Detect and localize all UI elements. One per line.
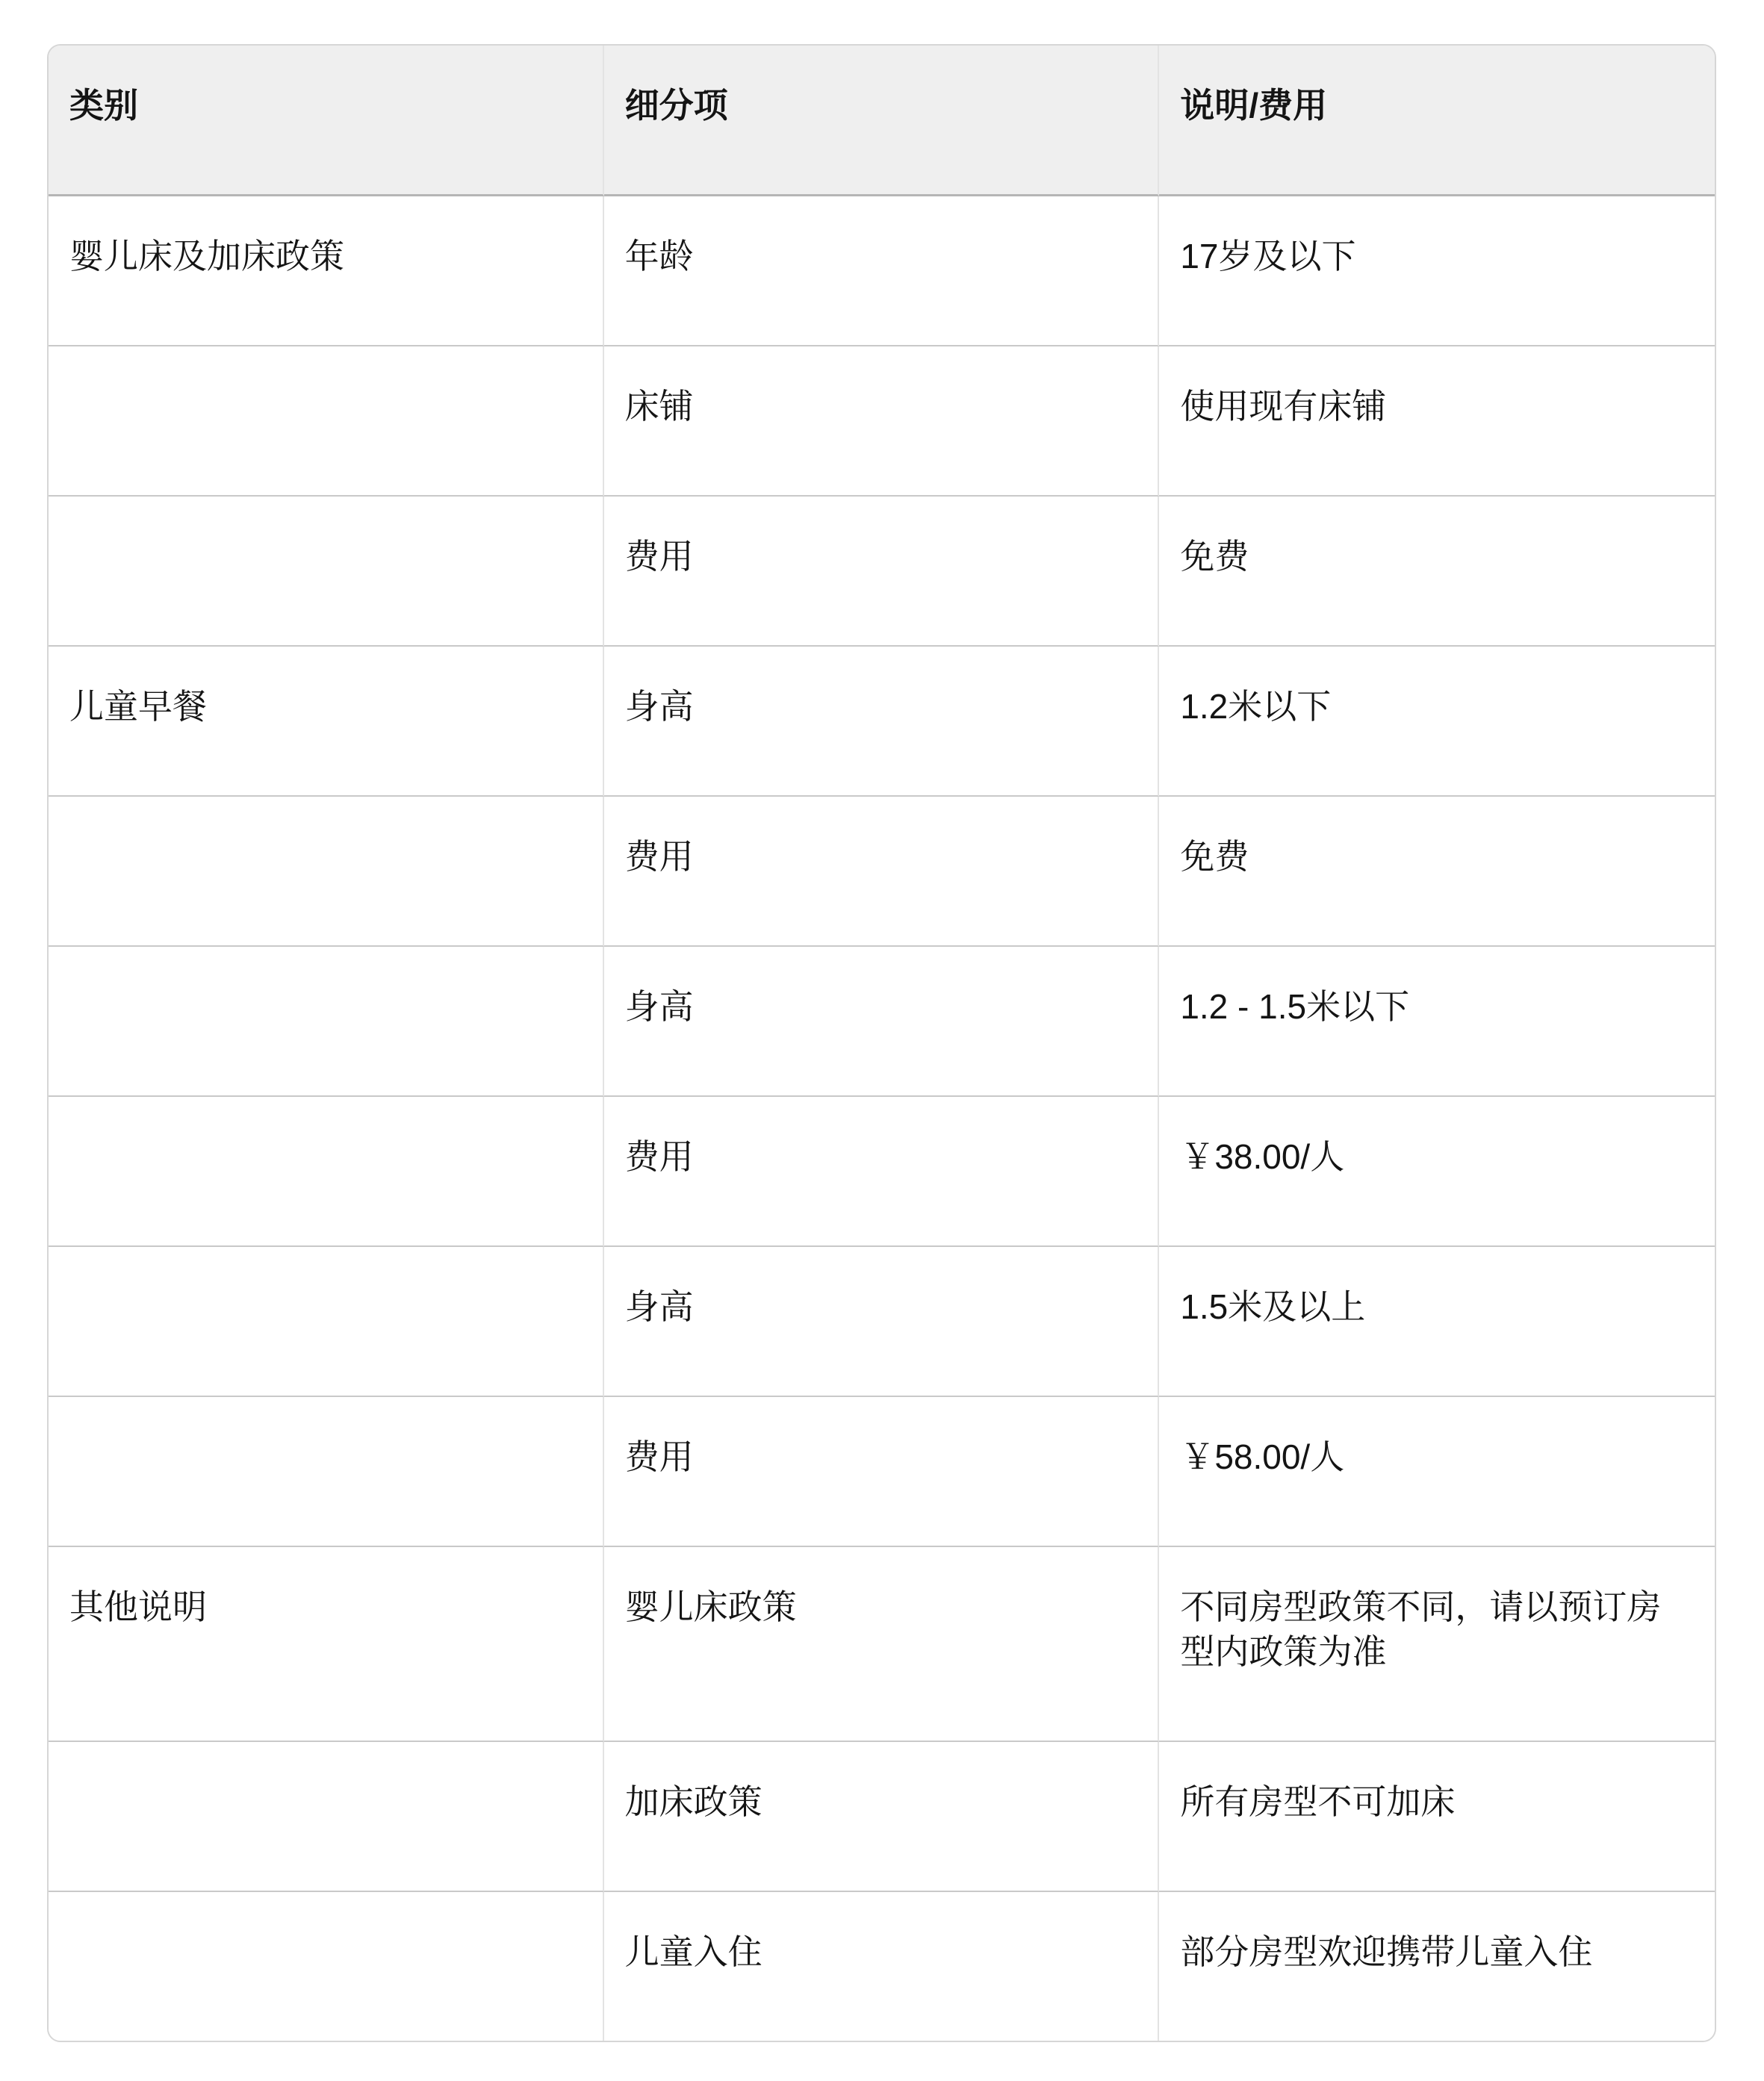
cell-value: 1.5米及以上 xyxy=(1159,1247,1715,1397)
cell-category: 婴儿床及加床政策 xyxy=(49,196,604,346)
cell-category xyxy=(49,947,604,1097)
cell-item: 婴儿床政策 xyxy=(604,1547,1160,1742)
cell-value: ￥38.00/人 xyxy=(1159,1097,1715,1247)
cell-category xyxy=(49,797,604,947)
cell-category: 其他说明 xyxy=(49,1547,604,1742)
cell-value: 部分房型欢迎携带儿童入住 xyxy=(1159,1892,1715,2041)
cell-item: 儿童入住 xyxy=(604,1892,1160,2041)
cell-category xyxy=(49,497,604,647)
cell-category: 儿童早餐 xyxy=(49,647,604,797)
table-row: 婴儿床及加床政策 年龄 17岁及以下 xyxy=(49,196,1715,346)
table-row: 床铺 使用现有床铺 xyxy=(49,346,1715,497)
policy-table-body: 婴儿床及加床政策 年龄 17岁及以下 床铺 使用现有床铺 费用 免费 儿童早餐 … xyxy=(49,196,1715,2041)
table-row: 费用 ￥38.00/人 xyxy=(49,1097,1715,1247)
policy-table-head: 类别 细分项 说明/费用 xyxy=(49,46,1715,196)
cell-value: 不同房型政策不同，请以预订房型内政策为准 xyxy=(1159,1547,1715,1742)
table-row: 费用 免费 xyxy=(49,497,1715,647)
table-row: 加床政策 所有房型不可加床 xyxy=(49,1742,1715,1892)
table-row: 身高 1.2 - 1.5米以下 xyxy=(49,947,1715,1097)
cell-value: 免费 xyxy=(1159,497,1715,647)
cell-item: 年龄 xyxy=(604,196,1160,346)
col-header-category: 类别 xyxy=(49,46,604,196)
cell-category xyxy=(49,1397,604,1547)
cell-item: 身高 xyxy=(604,647,1160,797)
policy-table-card: 类别 细分项 说明/费用 婴儿床及加床政策 年龄 17岁及以下 床铺 使用现有床… xyxy=(47,44,1716,2042)
cell-category xyxy=(49,1247,604,1397)
cell-item: 床铺 xyxy=(604,346,1160,497)
policy-table: 类别 细分项 说明/费用 婴儿床及加床政策 年龄 17岁及以下 床铺 使用现有床… xyxy=(49,46,1715,2041)
table-row: 其他说明 婴儿床政策 不同房型政策不同，请以预订房型内政策为准 xyxy=(49,1547,1715,1742)
header-row: 类别 细分项 说明/费用 xyxy=(49,46,1715,196)
col-header-item: 细分项 xyxy=(604,46,1160,196)
cell-item: 身高 xyxy=(604,1247,1160,1397)
cell-value: 使用现有床铺 xyxy=(1159,346,1715,497)
cell-category xyxy=(49,1892,604,2041)
table-row: 费用 免费 xyxy=(49,797,1715,947)
cell-value: 17岁及以下 xyxy=(1159,196,1715,346)
cell-item: 费用 xyxy=(604,1097,1160,1247)
table-row: 费用 ￥58.00/人 xyxy=(49,1397,1715,1547)
cell-category xyxy=(49,1742,604,1892)
cell-value: 1.2 - 1.5米以下 xyxy=(1159,947,1715,1097)
cell-value: 免费 xyxy=(1159,797,1715,947)
cell-item: 身高 xyxy=(604,947,1160,1097)
page: 类别 细分项 说明/费用 婴儿床及加床政策 年龄 17岁及以下 床铺 使用现有床… xyxy=(0,0,1764,2081)
table-row: 儿童早餐 身高 1.2米以下 xyxy=(49,647,1715,797)
cell-value: ￥58.00/人 xyxy=(1159,1397,1715,1547)
cell-item: 费用 xyxy=(604,497,1160,647)
cell-item: 费用 xyxy=(604,797,1160,947)
cell-category xyxy=(49,1097,604,1247)
cell-value: 1.2米以下 xyxy=(1159,647,1715,797)
cell-category xyxy=(49,346,604,497)
cell-value: 所有房型不可加床 xyxy=(1159,1742,1715,1892)
col-header-value: 说明/费用 xyxy=(1159,46,1715,196)
cell-item: 费用 xyxy=(604,1397,1160,1547)
table-row: 身高 1.5米及以上 xyxy=(49,1247,1715,1397)
cell-item: 加床政策 xyxy=(604,1742,1160,1892)
table-row: 儿童入住 部分房型欢迎携带儿童入住 xyxy=(49,1892,1715,2041)
